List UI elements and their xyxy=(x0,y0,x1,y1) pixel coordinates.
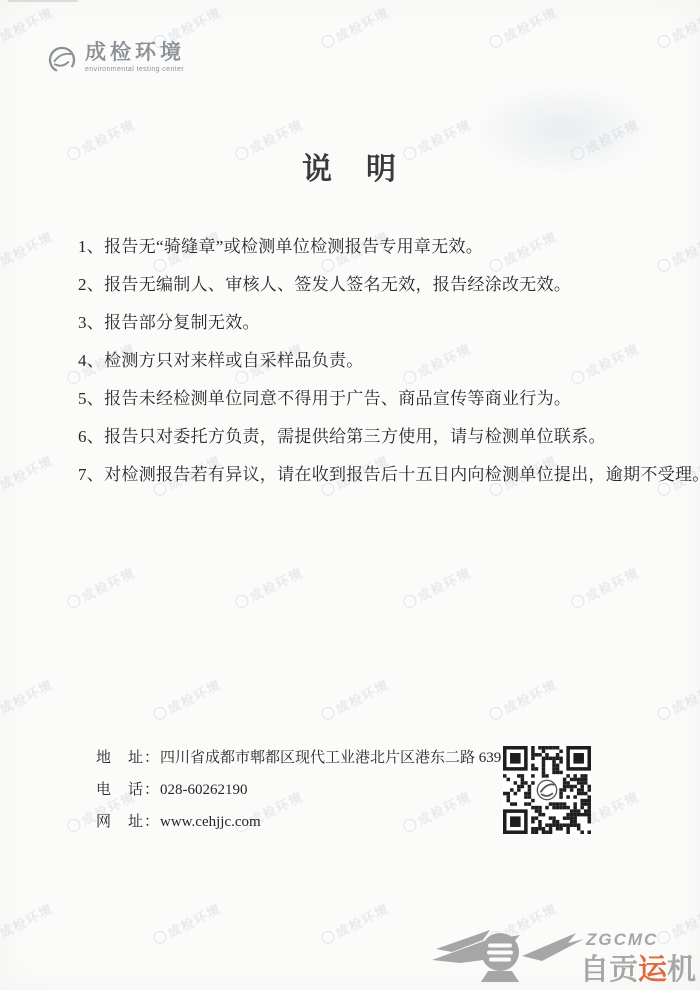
address-label: 地 址： xyxy=(96,750,160,766)
watermark: 成检环境 xyxy=(0,898,56,949)
watermark-text: 成检环境 xyxy=(0,226,56,269)
watermark-text: 成检环境 xyxy=(78,562,138,605)
watermark-text: 成检环境 xyxy=(582,786,642,829)
watermark: 成检环境 xyxy=(654,2,700,53)
website-label: 网 址： xyxy=(96,814,160,830)
note-item-5: 5、报告未经检测单位同意不得用于广告、商品宣传等商业行为。 xyxy=(78,380,678,418)
watermark-logo-icon xyxy=(0,33,1,50)
watermark: 成检环境 xyxy=(318,898,393,949)
watermark-text: 成检环境 xyxy=(668,674,700,717)
watermark: 成检环境 xyxy=(318,2,393,53)
watermark: 成检环境 xyxy=(568,562,643,613)
watermark-logo-icon xyxy=(233,593,250,610)
bottom-logo-en: ZGCMC xyxy=(585,930,658,949)
note-item-6: 6、报告只对委托方负责，需提供给第三方使用，请与检测单位联系。 xyxy=(78,418,678,456)
watermark-text: 成检环境 xyxy=(332,674,392,717)
note-item-1: 1、报告无“骑缝章”或检测单位检测报告专用章无效。 xyxy=(78,228,678,266)
note-item-2: 2、报告无编制人、审核人、签发人签名无效，报告经涂改无效。 xyxy=(78,266,678,304)
watermark: 成检环境 xyxy=(150,898,225,949)
watermark: 成检环境 xyxy=(654,674,700,725)
watermark-logo-icon xyxy=(0,929,1,946)
watermark-text: 成检环境 xyxy=(0,450,56,493)
note-item-3: 3、报告部分复制无效。 xyxy=(78,304,678,342)
watermark-text: 成检环境 xyxy=(582,562,642,605)
watermark-logo-icon xyxy=(401,593,418,610)
watermark: 成检环境 xyxy=(400,562,475,613)
notes-list: 1、报告无“骑缝章”或检测单位检测报告专用章无效。 2、报告无编制人、审核人、签… xyxy=(78,228,678,494)
winged-emblem-icon xyxy=(432,930,584,982)
watermark: 成检环境 xyxy=(486,2,561,53)
page-title: 说 明 xyxy=(0,144,700,188)
watermark-logo-icon xyxy=(319,929,336,946)
website-value: www.cehjjc.com xyxy=(160,814,261,830)
note-item-7: 7、对检测报告若有异议，请在收到报告后十五日内向检测单位提出，逾期不受理。 xyxy=(78,456,678,494)
watermark-logo-icon xyxy=(487,33,504,50)
watermark-text: 成检环境 xyxy=(500,2,560,45)
watermark: 成检环境 xyxy=(0,226,56,277)
watermark-text: 成检环境 xyxy=(0,674,56,717)
watermark: 成检环境 xyxy=(64,562,139,613)
watermark-logo-icon xyxy=(319,705,336,722)
watermark-text: 成检环境 xyxy=(0,898,56,941)
watermark-text: 成检环境 xyxy=(500,674,560,717)
company-logo: 成检环境 environmental testing center xyxy=(46,42,185,75)
watermark-logo-icon xyxy=(319,33,336,50)
watermark-logo-icon xyxy=(569,593,586,610)
watermark-logo-icon xyxy=(487,705,504,722)
contact-row-website: 网 址：www.cehjjc.com xyxy=(96,806,520,838)
bottom-logo: ZGCMC 自贡运机 xyxy=(430,922,698,988)
watermark-text: 成检环境 xyxy=(414,562,474,605)
watermark-logo-icon xyxy=(65,593,82,610)
watermark: 成检环境 xyxy=(232,562,307,613)
note-item-4: 4、检测方只对来样或自采样品负责。 xyxy=(78,342,678,380)
watermark-logo-icon xyxy=(151,705,168,722)
watermark: 成检环境 xyxy=(486,674,561,725)
watermark-text: 成检环境 xyxy=(332,2,392,45)
contact-row-address: 地 址：四川省成都市郫都区现代工业港北片区港东二路 639 号 xyxy=(96,742,520,774)
watermark-text: 成检环境 xyxy=(246,562,306,605)
scan-edge-artifact xyxy=(8,0,78,2)
watermark-text: 成检环境 xyxy=(164,2,224,45)
phone-value: 028-60262190 xyxy=(160,782,248,798)
watermark-text: 成检环境 xyxy=(164,674,224,717)
company-logo-text: 成检环境 xyxy=(85,42,185,64)
watermark-text: 成检环境 xyxy=(164,898,224,941)
watermark: 成检环境 xyxy=(318,674,393,725)
watermark-text: 成检环境 xyxy=(332,898,392,941)
watermark-logo-icon xyxy=(655,33,672,50)
watermark-logo-icon xyxy=(151,929,168,946)
watermark-logo-icon xyxy=(0,705,1,722)
watermark-logo-icon xyxy=(655,705,672,722)
company-logo-subtitle: environmental testing center xyxy=(85,66,185,73)
phone-label: 电 话： xyxy=(96,782,160,798)
watermark-logo-icon xyxy=(65,817,82,834)
watermark-logo-icon xyxy=(0,257,1,274)
watermark: 成检环境 xyxy=(150,674,225,725)
watermark-logo-icon xyxy=(0,481,1,498)
watermark: 成检环境 xyxy=(0,450,56,501)
qr-code xyxy=(503,746,591,834)
scanned-report-page: 成检环境成检环境成检环境成检环境成检环境成检环境成检环境成检环境成检环境成检环境… xyxy=(0,0,700,990)
contact-block: 地 址：四川省成都市郫都区现代工业港北片区港东二路 639 号 电 话：028-… xyxy=(96,742,520,838)
company-logo-icon xyxy=(46,43,78,75)
watermark-text: 成检环境 xyxy=(0,2,56,45)
watermark: 成检环境 xyxy=(0,674,56,725)
contact-row-phone: 电 话：028-60262190 xyxy=(96,774,520,806)
watermark-text: 成检环境 xyxy=(668,2,700,45)
bottom-logo-zh: 自贡运机 xyxy=(580,953,696,986)
address-value: 四川省成都市郫都区现代工业港北片区港东二路 639 号 xyxy=(160,750,520,766)
